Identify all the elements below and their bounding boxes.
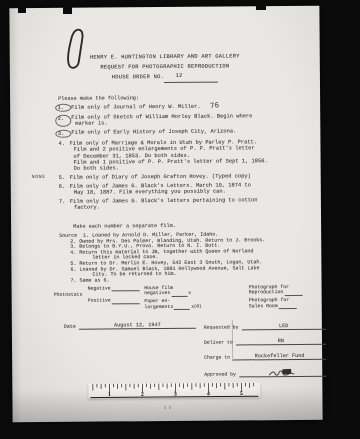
pencil-tick-marks: [165, 406, 171, 409]
request-item: 2.Film only of Sketch of William Morley …: [58, 113, 318, 127]
request-item: 6.Film only of James G. Black's Letters.…: [59, 182, 319, 196]
paper-blank: [174, 305, 190, 310]
requested-by-row: Requested by LED: [204, 323, 326, 331]
source-label: [59, 245, 70, 250]
handwritten-annotation: 76: [210, 102, 220, 109]
deliver-to-row: Deliver to RN: [204, 338, 326, 346]
paper-annotation: (4): [194, 304, 201, 309]
item-number: 3.: [55, 130, 71, 138]
document-page: HENRY E. HUNTINGTON LIBRARY AND ART GALL…: [9, 6, 322, 422]
house-order-line: HOUSE ORDER NO. 12: [10, 71, 320, 84]
house-order-number: 12: [164, 72, 194, 83]
request-item: 4.Film only of Marriage & Morals in Utah…: [58, 139, 318, 172]
item-number: 6.: [59, 184, 70, 196]
photostats-label: Photostats: [54, 293, 88, 314]
house-film-x: x: [188, 291, 191, 296]
house-film-cell: House film negatives x: [144, 285, 245, 297]
photograph-column: Photograph for Reproduction Photograph f…: [245, 285, 322, 312]
date-label: Date: [64, 324, 76, 330]
item-text: Film only of Diary of Joseph Grafton Hov…: [70, 173, 319, 181]
sales-blank: [279, 304, 297, 309]
positive-label: Positive: [88, 299, 111, 305]
requested-by-value: LED: [241, 323, 326, 331]
stamp-mark: [282, 369, 291, 374]
source-label: [59, 262, 70, 267]
item-number: 4.: [58, 141, 69, 172]
charge-to-label: Charge to: [204, 356, 230, 361]
sales-line2: Sales Room: [249, 304, 278, 310]
ruler-scale: 12345: [88, 382, 260, 398]
separate-film-note: Make each number a separate film.: [73, 223, 176, 230]
item-number: 2.: [55, 115, 71, 127]
house-film-line2: negatives: [144, 291, 170, 297]
source-entry: 7.Same as 6.: [60, 276, 322, 283]
sales-line2-row: Sales Room: [249, 303, 322, 309]
source-number: 6.: [70, 267, 79, 277]
charge-to-row: Charge to Rockefeller Fund: [204, 353, 326, 361]
order-form-grid: Photostats Negative Positive House film: [54, 285, 322, 314]
item-line: Film only of Journal of Henry W. Miller.…: [71, 102, 318, 111]
item-line: Film only of Diary of Joseph Grafton Hov…: [70, 173, 319, 181]
photo-frame: HENRY E. HUNTINGTON LIBRARY AND ART GALL…: [0, 0, 360, 439]
item-line: Film only of Early History of Joseph Cit…: [71, 128, 318, 136]
house-order-blank: [194, 75, 218, 82]
item-text: Film only of Sketch of William Morley Bl…: [71, 113, 318, 127]
negative-label: Negative: [88, 286, 111, 292]
repro-line2: Reproduction: [249, 290, 284, 296]
sources-list: Source1.Loaned by Arnold D. Miller, Park…: [59, 232, 321, 284]
source-text: Same as 6.: [80, 276, 322, 283]
date-value: August 12, 1947: [79, 322, 196, 330]
photostats-rows: Negative Positive: [88, 286, 141, 313]
photo-sales-cell: Photograph for Sales Room: [249, 298, 322, 309]
deliver-to-label: Deliver to: [204, 341, 233, 346]
margin-note: NONE: [32, 175, 46, 181]
repro-blank: [284, 291, 302, 296]
charge-to-value: Rockefeller Fund: [233, 353, 326, 361]
item-text: Film only of Early History of Joseph Cit…: [71, 128, 318, 138]
item-text: Film only of Marriage & Morals in Utah b…: [69, 139, 318, 171]
deliver-to-value: RN: [236, 338, 326, 346]
paper-line2: largements: [144, 305, 173, 311]
request-items-list: 1.Film only of Journal of Henry W. Mille…: [58, 102, 319, 214]
source-number: 7.: [71, 278, 80, 283]
item-line: May 18, 1887. Film everything you possib…: [70, 188, 319, 196]
frame-notch: [256, 0, 266, 10]
film-column: House film negatives x Paper en- largeme…: [140, 285, 245, 312]
item-text: Film only of James G. Black's letters pe…: [70, 197, 319, 211]
date-row: Date August 12, 1947: [64, 322, 196, 330]
signoff-rows: Requested by LED Deliver to RN Charge to…: [204, 323, 326, 386]
frame-notch: [18, 0, 26, 13]
item-number: 7.: [59, 199, 70, 211]
house-order-label: HOUSE ORDER NO.: [112, 73, 164, 83]
source-line: Same as 6.: [80, 276, 322, 283]
item-line: Do both sides.: [70, 164, 319, 172]
item-text: Film only of James G. Black's Letters. M…: [70, 182, 319, 196]
request-item: 7.Film only of James G. Black's letters …: [59, 197, 319, 211]
source-label: [60, 278, 71, 283]
photo-repro-cell: Photograph for Reproduction: [249, 285, 322, 296]
ruler: 12345: [88, 382, 260, 398]
positive-blank: [112, 299, 140, 304]
item-number: 1.: [55, 104, 71, 112]
photostats-column: Photostats Negative Positive: [54, 286, 141, 313]
request-intro: Please make the following:: [58, 95, 139, 102]
repro-line2-row: Reproduction: [249, 290, 322, 296]
source-number: 4.: [70, 251, 79, 261]
request-item: NONE5.Film only of Diary of Joseph Graft…: [59, 173, 319, 181]
house-film-blank: [171, 292, 187, 297]
negative-blank: [112, 287, 140, 292]
house-film-line2-row: negatives x: [144, 291, 244, 297]
item-text: Film only of Journal of Henry W. Miller.…: [71, 102, 318, 112]
paper-line2-row: largements x (4): [144, 304, 244, 310]
approved-by-row: Approved by: [204, 368, 326, 377]
item-number: 5.: [59, 175, 70, 181]
negative-row: Negative: [88, 286, 141, 292]
source-label: [59, 239, 70, 244]
positive-row: Positive: [88, 299, 141, 305]
requested-by-label: Requested by: [204, 325, 239, 330]
approved-by-label: Approved by: [204, 372, 236, 377]
paper-enlargements-cell: Paper en- largements x (4): [144, 299, 245, 311]
request-item: 1.Film only of Journal of Henry W. Mille…: [58, 102, 318, 112]
source-label: [59, 251, 70, 261]
document-header: HENRY E. HUNTINGTON LIBRARY AND ART GALL…: [10, 52, 320, 84]
request-item: 3.Film only of Early History of Joseph C…: [58, 128, 318, 138]
frame-notch: [63, 0, 72, 14]
source-label: [59, 267, 70, 277]
